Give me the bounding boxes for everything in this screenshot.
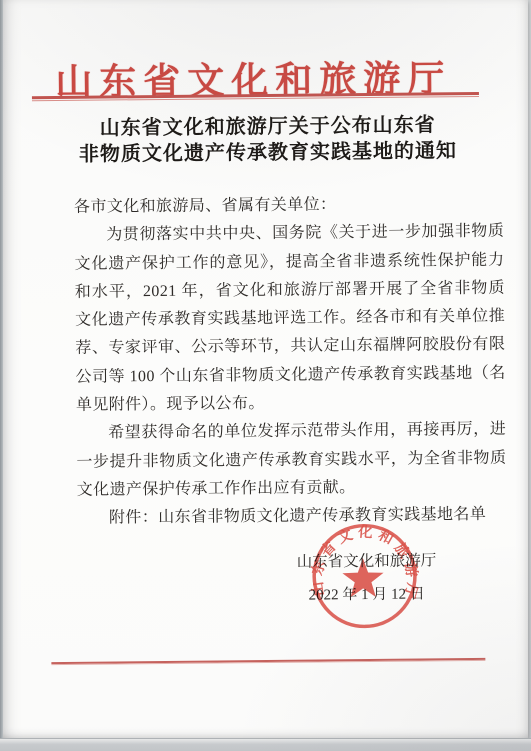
- paragraph: 为贯彻落实中共中央、国务院《关于进一步加强非物质文化遗产保护工作的意见》，提高全…: [74, 218, 506, 420]
- paragraph: 希望获得命名的单位发挥示范带头作用，再接再厉，进一步提升非物质文化遗产传承教育实…: [76, 416, 507, 505]
- photo-left-edge: [0, 0, 3, 739]
- document-body: 各市文化和旅游局、省属有关单位： 为贯彻落实中共中央、国务院《关于进一步加强非物…: [74, 190, 507, 534]
- footer-divider: [51, 658, 485, 665]
- attachment-note: 附件：山东省非物质文化遗产传承教育实践基地名单: [77, 501, 507, 533]
- page-content: 山东省文化和旅游厅 山东省文化和旅游厅关于公布山东省 非物质文化遗产传承教育实践…: [0, 0, 531, 741]
- document-title-line2: 非物质文化遗产传承教育实践基地的通知: [41, 138, 494, 168]
- document-title: 山东省文化和旅游厅关于公布山东省 非物质文化遗产传承教育实践基地的通知: [41, 112, 494, 168]
- seal-star-icon: [342, 558, 383, 597]
- photo-background-edge: [0, 738, 531, 751]
- official-seal: 山东省文化和旅游厅: [309, 521, 420, 632]
- salutation: 各市文化和旅游局、省属有关单位：: [74, 190, 504, 222]
- document-photo: 山东省文化和旅游厅 山东省文化和旅游厅关于公布山东省 非物质文化遗产传承教育实践…: [0, 0, 531, 751]
- document-page: 山东省文化和旅游厅 山东省文化和旅游厅关于公布山东省 非物质文化遗产传承教育实践…: [3, 0, 528, 738]
